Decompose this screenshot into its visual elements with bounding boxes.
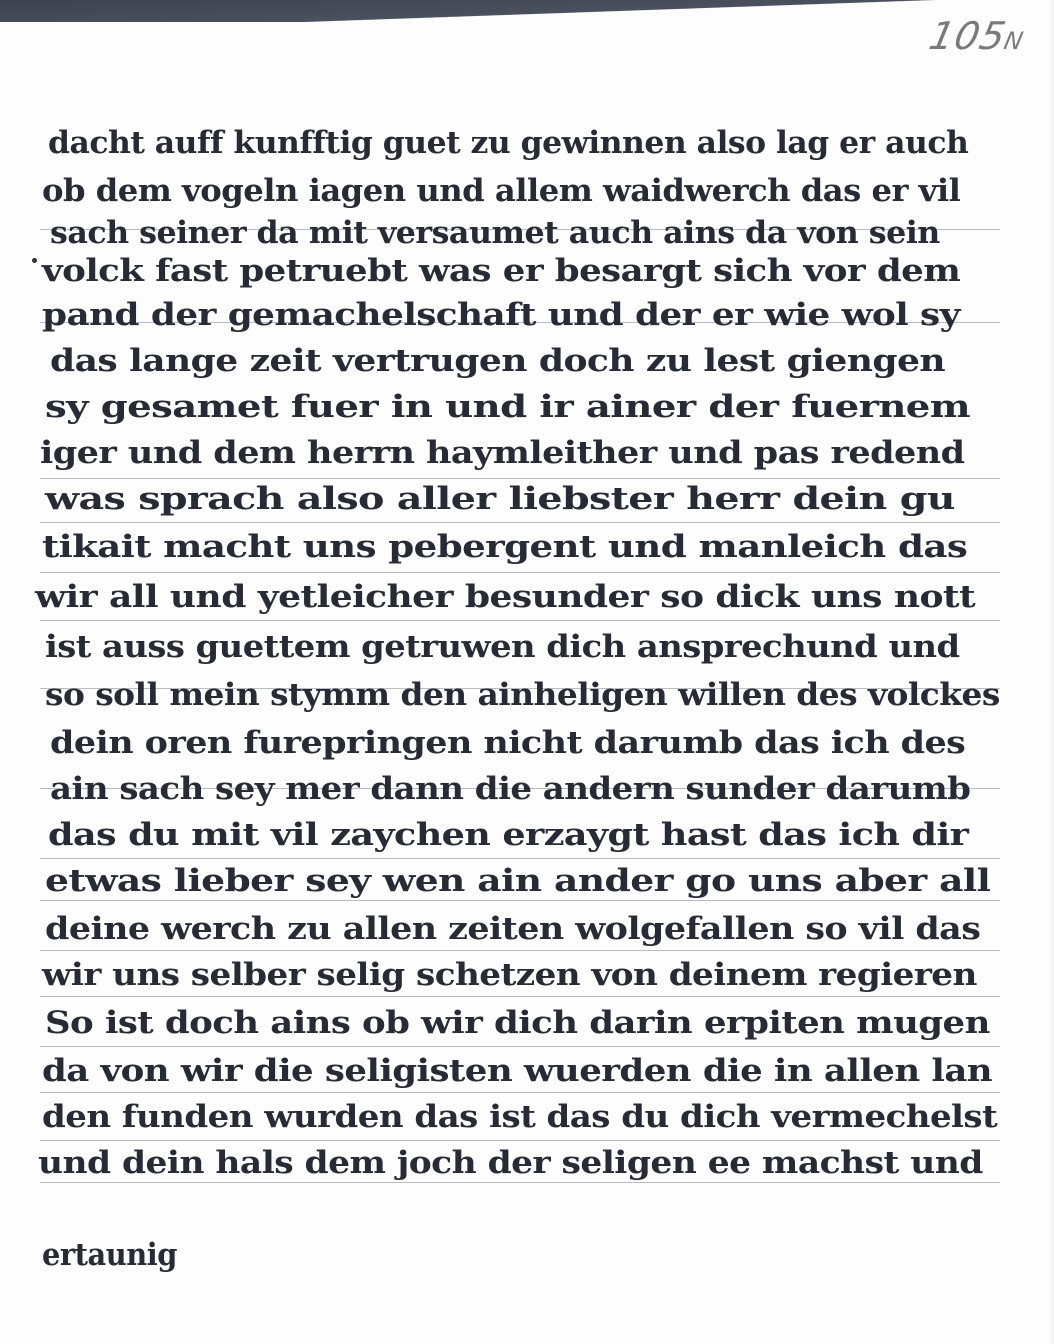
manuscript-line: volck fast petruebt was er besargt sich … — [42, 256, 960, 287]
manuscript-line: wir uns selber selig schetzen von deinem… — [42, 960, 977, 991]
manuscript-line: das lange zeit vertrugen doch zu lest gi… — [50, 346, 945, 377]
manuscript-line: was sprach also aller liebster herr dein… — [45, 484, 955, 515]
ruling-line — [40, 950, 1000, 951]
ruling-line — [40, 620, 1000, 621]
ruling-line — [40, 522, 1000, 523]
manuscript-line: deine werch zu allen zeiten wolgefallen … — [45, 914, 980, 945]
manuscript-line: sach seiner da mit versaumet auch ains d… — [50, 218, 940, 249]
manuscript-line: sy gesamet fuer in und ir ainer der fuer… — [45, 392, 970, 423]
manuscript-line: wir all und yetleicher besunder so dick … — [35, 582, 975, 613]
ruling-line — [40, 996, 1000, 997]
manuscript-line: iger und dem herrn haymleither und pas r… — [40, 438, 965, 469]
manuscript-line: dein oren furepringen nicht darumb das i… — [50, 728, 965, 759]
manuscript-line: tikait macht uns pebergent und manleich … — [42, 532, 967, 563]
manuscript-line: und dein hals dem joch der seligen ee ma… — [38, 1148, 983, 1179]
manuscript-line: etwas lieber sey wen ain ander go uns ab… — [45, 866, 990, 897]
manuscript-line: ob dem vogeln iagen und allem waidwerch … — [42, 176, 960, 207]
manuscript-page: 105N dacht auff kunfftig guet zu gewinne… — [0, 0, 1054, 1344]
ruling-line — [40, 1140, 1000, 1141]
ruling-line — [40, 478, 1000, 479]
manuscript-line: so soll mein stymm den ainheligen willen… — [45, 680, 1000, 711]
manuscript-line: ist auss guettem getruwen dich ansprechu… — [45, 632, 960, 663]
manuscript-line: ertaunig — [42, 1240, 177, 1271]
manuscript-line: da von wir die seligisten wuerden die in… — [42, 1056, 992, 1087]
ruling-line — [40, 572, 1000, 573]
ruling-line — [40, 900, 1000, 901]
manuscript-line: So ist doch ains ob wir dich darin erpit… — [45, 1008, 990, 1039]
manuscript-line: den funden wurden das ist das du dich ve… — [42, 1102, 997, 1133]
manuscript-line: dacht auff kunfftig guet zu gewinnen als… — [48, 128, 968, 159]
manuscript-line: das du mit vil zaychen erzaygt hast das … — [48, 820, 968, 851]
manuscript-line: ain sach sey mer dann die andern sunder … — [50, 774, 970, 805]
ruling-line — [40, 858, 1000, 859]
manuscript-text-block: dacht auff kunfftig guet zu gewinnen als… — [0, 0, 1054, 1344]
margin-insertion-mark — [32, 258, 37, 263]
ruling-line — [40, 1046, 1000, 1047]
manuscript-line: pand der gemachelschaft und der er wie w… — [42, 300, 960, 331]
ruling-line — [40, 1092, 1000, 1093]
ruling-line — [40, 1182, 1000, 1183]
